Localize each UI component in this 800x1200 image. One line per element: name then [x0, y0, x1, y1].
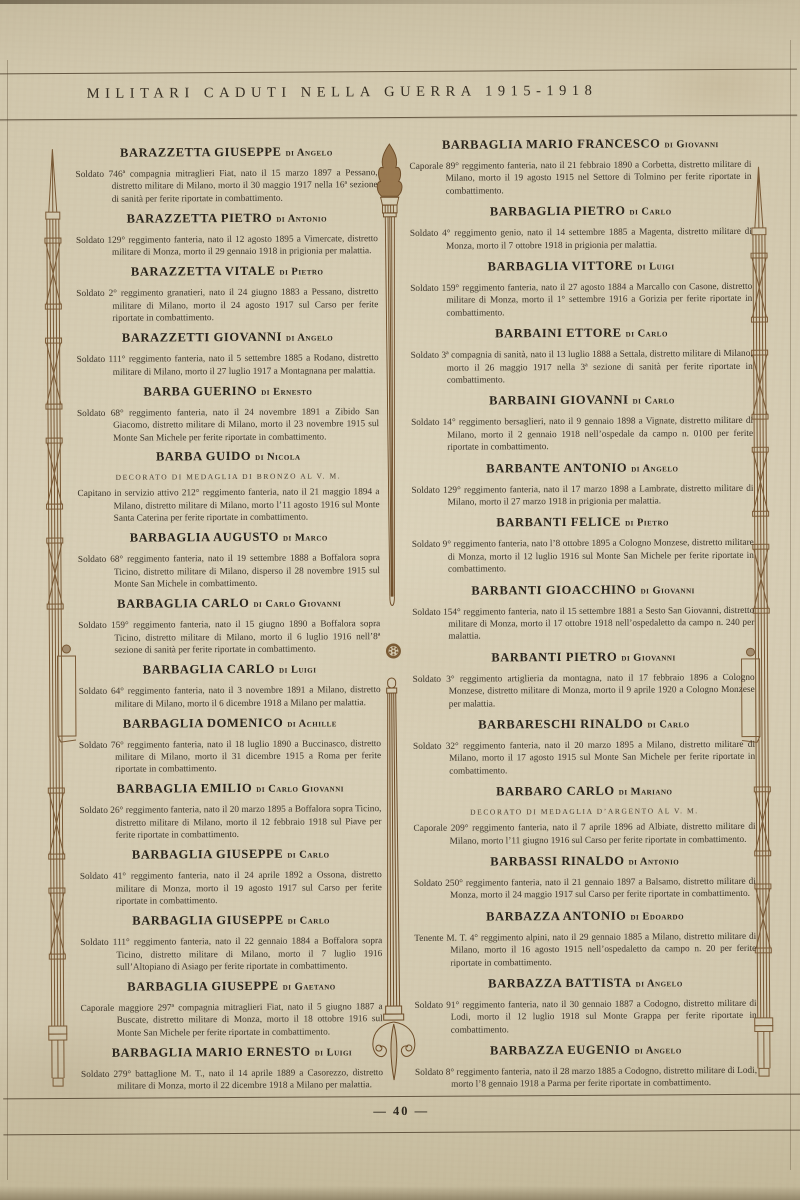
soldier-name: BARBAINI ETTORE: [495, 326, 622, 341]
memorial-entry: BARBAGLIA DOMENICO di Achille Soldato 76…: [79, 713, 381, 777]
soldier-heading: BARBANTI PIETRO di Giovanni: [412, 647, 754, 667]
soldier-name: BARBAGLIA MARIO ERNESTO: [112, 1044, 311, 1059]
memorial-entry: BARBASSI RINALDO di Antonio Soldato 250°…: [414, 851, 756, 903]
entry-text: Soldato 279° battaglione M. T., nato il …: [81, 1067, 383, 1094]
soldier-heading: BARAZZETTA VITALE di Pietro: [76, 261, 378, 281]
memorial-entry: BARBAGLIA EMILIO di Carlo Giovanni Solda…: [79, 779, 381, 843]
entry-text: Soldato 91° reggimento fanteria, nato il…: [415, 998, 757, 1037]
soldier-heading: BARBAINI GIOVANNI di Carlo: [411, 390, 753, 410]
memorial-entry: BARBAINI ETTORE di Carlo Soldato 3ª comp…: [410, 323, 752, 387]
header-rule-top: [0, 69, 797, 75]
entry-text: Soldato 250° reggimento fanteria, nato i…: [414, 876, 756, 903]
memorial-entry: BARBANTI FELICE di Pietro Soldato 9° reg…: [412, 512, 754, 576]
soldier-name: BARBAGLIA GIUSEPPE: [132, 847, 284, 862]
soldier-name: BARBAGLIA DOMENICO: [123, 715, 284, 730]
soldier-name: BARBAGLIA GIUSEPPE: [132, 913, 284, 928]
soldier-patronymic: di Giovanni: [621, 652, 675, 663]
entry-text: Soldato 111° reggimento fanteria, nato i…: [80, 935, 382, 974]
soldier-heading: BARBAGLIA MARIO ERNESTO di Luigi: [81, 1042, 383, 1062]
soldier-patronymic: di Carlo: [626, 329, 668, 340]
soldier-name: BARBANTI GIOACCHINO: [471, 582, 636, 597]
soldier-name: BARBANTI FELICE: [496, 515, 621, 530]
soldier-heading: BARBASSI RINALDO di Antonio: [414, 851, 756, 871]
entry-text: Soldato 746ª compagnia mitraglieri Fiat,…: [76, 167, 378, 206]
soldier-patronymic: di Angelo: [631, 463, 678, 474]
soldier-patronymic: di Carlo: [647, 719, 689, 730]
left-column: BARAZZETTA GIUSEPPE di Angelo Soldato 74…: [75, 142, 383, 1094]
soldier-name: BARAZZETTI GIOVANNI: [122, 330, 282, 345]
soldier-name: BARBAZZA ANTONIO: [486, 908, 626, 923]
soldier-patronymic: di Carlo: [287, 850, 329, 861]
soldier-name: BARBAZZA EUGENIO: [490, 1043, 631, 1058]
soldier-patronymic: di Pietro: [279, 267, 323, 278]
entry-text: Soldato 26° reggimento fanteria, nato il…: [79, 804, 381, 843]
soldier-name: BARBANTI PIETRO: [491, 649, 617, 664]
entry-text: Soldato 4° reggimento genio, nato il 14 …: [410, 226, 752, 253]
entry-text: Soldato 8° reggimento fanteria, nato il …: [415, 1065, 757, 1092]
soldier-patronymic: di Achille: [287, 718, 337, 729]
entry-text: Caporale 89° reggimento fanteria, nato i…: [409, 159, 751, 198]
soldier-name: BARBAGLIA PIETRO: [490, 204, 626, 219]
memorial-entry: BARBAZZA EUGENIO di Angelo Soldato 8° re…: [415, 1040, 757, 1092]
soldier-heading: BARBANTI FELICE di Pietro: [412, 512, 754, 532]
memorial-entry: BARBAZZA ANTONIO di Edoardo Tenente M. T…: [414, 905, 756, 969]
soldier-name: BARBAZZA BATTISTA: [488, 975, 632, 990]
soldier-heading: BARAZZETTA PIETRO di Antonio: [76, 208, 378, 228]
decoration-citation: DECORATO DI MEDAGLIA D’ARGENTO AL V. M.: [413, 806, 755, 817]
soldier-patronymic: di Antonio: [276, 213, 327, 224]
memorial-entry: BARBANTI GIOACCHINO di Giovanni Soldato …: [412, 579, 754, 643]
memorial-entry: BARBANTE ANTONIO di Angelo Soldato 129° …: [411, 457, 753, 509]
memorial-entry: BARBAZZA BATTISTA di Angelo Soldato 91° …: [414, 973, 756, 1037]
soldier-patronymic: di Carlo: [288, 916, 330, 927]
footer-rule-top: [3, 1094, 800, 1100]
soldier-name: BARBAGLIA MARIO FRANCESCO: [442, 136, 661, 151]
soldier-name: BARBARESCHI RINALDO: [478, 716, 643, 731]
soldier-patronymic: di Nicola: [255, 452, 301, 463]
memorial-entry: BARBARESCHI RINALDO di Carlo Soldato 32°…: [413, 714, 755, 778]
memorial-entry: BARBAGLIA GIUSEPPE di Carlo Soldato 111°…: [80, 910, 382, 974]
memorial-entry: BARBAGLIA GIUSEPPE di Gaetano Caporale m…: [80, 976, 382, 1040]
soldier-name: BARBARO CARLO: [496, 784, 615, 799]
entry-text: Soldato 14° reggimento bersaglieri, nato…: [411, 415, 753, 454]
soldier-patronymic: di Angelo: [286, 333, 333, 344]
soldier-patronymic: di Luigi: [315, 1047, 352, 1058]
soldier-heading: BARBAZZA ANTONIO di Edoardo: [414, 905, 756, 925]
entry-text: Tenente M. T. 4° reggimento alpini, nato…: [414, 930, 756, 969]
rosette-icon: [384, 642, 402, 660]
soldier-patronymic: di Edoardo: [630, 911, 684, 922]
soldier-name: BARBASSI RINALDO: [490, 854, 624, 869]
soldier-heading: BARBAGLIA GIUSEPPE di Carlo: [80, 844, 382, 864]
memorial-entry: BARBAGLIA MARIO FRANCESCO di Giovanni Ca…: [409, 134, 751, 198]
soldier-heading: BARBAGLIA CARLO di Carlo Giovanni: [78, 593, 380, 613]
soldier-patronymic: di Carlo Giovanni: [253, 599, 341, 611]
soldier-patronymic: di Antonio: [629, 856, 680, 867]
soldier-name: BARBAGLIA VITTORE: [488, 259, 634, 274]
soldier-patronymic: di Angelo: [636, 978, 683, 989]
soldier-patronymic: di Carlo: [629, 207, 671, 218]
memorial-entry: BARAZZETTI GIOVANNI di Angelo Soldato 11…: [76, 327, 378, 379]
soldier-name: BARBA GUERINO: [143, 383, 257, 398]
soldier-name: BARAZZETTA VITALE: [131, 264, 276, 279]
header-rule-bottom: [0, 115, 797, 121]
memorial-entry: BARBAGLIA AUGUSTO di Marco Soldato 68° r…: [78, 527, 380, 591]
soldier-heading: BARBAGLIA GIUSEPPE di Gaetano: [80, 976, 382, 996]
entry-text: Soldato 129° reggimento fanteria, nato i…: [411, 482, 753, 509]
soldier-heading: BARBAZZA BATTISTA di Angelo: [414, 973, 756, 993]
soldier-patronymic: di Carlo Giovanni: [256, 784, 344, 796]
entry-text: Soldato 129° reggimento fanteria, nato i…: [76, 233, 378, 260]
soldier-patronymic: di Luigi: [279, 665, 316, 676]
entry-text: Soldato 9° reggimento fanteria, nato l’8…: [412, 537, 754, 576]
memorial-entry: BARBANTI PIETRO di Giovanni Soldato 3° r…: [412, 647, 754, 711]
memorial-entry: BARBAGLIA GIUSEPPE di Carlo Soldato 41° …: [80, 844, 382, 908]
soldier-heading: BARBA GUIDO di Nicola: [77, 447, 379, 467]
entry-text: Soldato 3° reggimento artiglieria da mon…: [413, 672, 755, 711]
memorial-entry: BARBAGLIA CARLO di Luigi Soldato 64° reg…: [79, 659, 381, 711]
soldier-heading: BARBAGLIA PIETRO di Carlo: [410, 201, 752, 221]
soldier-name: BARBAGLIA AUGUSTO: [130, 530, 279, 545]
soldier-heading: BARAZZETTI GIOVANNI di Angelo: [76, 327, 378, 347]
soldier-patronymic: di Pietro: [625, 518, 669, 529]
soldier-heading: BARBAGLIA GIUSEPPE di Carlo: [80, 910, 382, 930]
entry-text: Soldato 159° reggimento fanteria, nato i…: [410, 281, 752, 320]
soldier-patronymic: di Angelo: [635, 1045, 682, 1056]
soldier-name: BARBAGLIA GIUSEPPE: [127, 979, 279, 994]
memorial-entry: BARBAGLIA VITTORE di Luigi Soldato 159° …: [410, 256, 752, 320]
soldier-name: BARBA GUIDO: [156, 449, 251, 464]
soldier-heading: BARBANTE ANTONIO di Angelo: [411, 457, 753, 477]
entry-text: Soldato 76° reggimento fanteria, nato il…: [79, 738, 381, 777]
memorial-entry: BARAZZETTA PIETRO di Antonio Soldato 129…: [76, 208, 378, 260]
soldier-heading: BARBAGLIA EMILIO di Carlo Giovanni: [79, 779, 381, 799]
footer-rule-bottom: [3, 1130, 800, 1136]
memorial-entry: BARBAGLIA PIETRO di Carlo Soldato 4° reg…: [410, 201, 752, 253]
memorial-entry: BARBAGLIA MARIO ERNESTO di Luigi Soldato…: [81, 1042, 383, 1094]
soldier-heading: BARBAGLIA MARIO FRANCESCO di Giovanni: [409, 134, 751, 154]
entry-text: Soldato 111° reggimento fanteria, nato i…: [77, 352, 379, 379]
soldier-name: BARBAGLIA CARLO: [143, 662, 275, 677]
soldier-name: BARAZZETTA GIUSEPPE: [120, 145, 282, 160]
soldier-heading: BARBAGLIA AUGUSTO di Marco: [78, 527, 380, 547]
soldier-heading: BARBAINI ETTORE di Carlo: [410, 323, 752, 343]
soldier-patronymic: di Gaetano: [283, 981, 336, 992]
entry-text: Soldato 68° reggimento fanteria, nato il…: [77, 406, 379, 445]
scanned-page: MILITARI CADUTI NELLA GUERRA 1915-1918: [0, 0, 800, 1200]
soldier-heading: BARBANTI GIOACCHINO di Giovanni: [412, 579, 754, 599]
soldier-patronymic: di Carlo: [633, 396, 675, 407]
memorial-entry: BARBARO CARLO di Mariano DECORATO DI MED…: [413, 781, 755, 848]
soldier-patronymic: di Ernesto: [261, 386, 312, 397]
memorial-entry: BARBA GUIDO di Nicola DECORATO DI MEDAGL…: [77, 447, 379, 526]
soldier-patronymic: di Luigi: [637, 261, 674, 272]
soldier-heading: BARBARESCHI RINALDO di Carlo: [413, 714, 755, 734]
entry-text: Caporale maggiore 297ª compagnia mitragl…: [81, 1001, 383, 1040]
entry-text: Soldato 68° reggimento fanteria, nato il…: [78, 552, 380, 591]
entry-text: Caporale 209° reggimento fanteria, nato …: [414, 821, 756, 848]
soldier-heading: BARBAZZA EUGENIO di Angelo: [415, 1040, 757, 1060]
entry-text: Soldato 2° reggimento granatieri, nato i…: [76, 286, 378, 325]
soldier-name: BARBANTE ANTONIO: [486, 460, 627, 475]
soldier-patronymic: di Giovanni: [664, 139, 718, 150]
soldier-heading: BARBARO CARLO di Mariano: [413, 781, 755, 801]
decoration-citation: DECORATO DI MEDAGLIA DI BRONZO AL V. M.: [77, 472, 379, 483]
soldier-name: BARBAGLIA EMILIO: [117, 781, 253, 796]
entry-text: Capitano in servizio attivo 212° reggime…: [77, 487, 379, 526]
soldier-name: BARAZZETTA PIETRO: [127, 211, 273, 226]
soldier-heading: BARBA GUERINO di Ernesto: [77, 381, 379, 401]
soldier-heading: BARAZZETTA GIUSEPPE di Angelo: [75, 142, 377, 162]
soldier-patronymic: di Mariano: [619, 786, 673, 797]
entry-text: Soldato 3ª compagnia di sanità, nato il …: [411, 348, 753, 387]
soldier-patronymic: di Marco: [283, 533, 328, 544]
soldier-heading: BARBAGLIA DOMENICO di Achille: [79, 713, 381, 733]
soldier-name: BARBAINI GIOVANNI: [489, 393, 629, 408]
page-number: — 40 —: [3, 1102, 799, 1122]
entry-text: Soldato 32° reggimento fanteria, nato il…: [413, 739, 755, 778]
entry-text: Soldato 159° reggimento fanteria, nato i…: [78, 618, 380, 657]
page-title: MILITARI CADUTI NELLA GUERRA 1915-1918: [0, 82, 687, 103]
memorial-entry: BARBAGLIA CARLO di Carlo Giovanni Soldat…: [78, 593, 380, 657]
soldier-heading: BARBAGLIA CARLO di Luigi: [79, 659, 381, 679]
entry-text: Soldato 41° reggimento fanteria, nato il…: [80, 869, 382, 908]
entry-text: Soldato 64° reggimento fanteria, nato il…: [79, 684, 381, 711]
memorial-entry: BARAZZETTA GIUSEPPE di Angelo Soldato 74…: [75, 142, 377, 206]
memorial-entry: BARAZZETTA VITALE di Pietro Soldato 2° r…: [76, 261, 378, 325]
soldier-patronymic: di Giovanni: [641, 585, 695, 596]
entry-text: Soldato 154° reggimento fanteria, nato i…: [412, 604, 754, 643]
soldier-patronymic: di Angelo: [286, 147, 333, 158]
soldier-heading: BARBAGLIA VITTORE di Luigi: [410, 256, 752, 276]
memorial-entry: BARBA GUERINO di Ernesto Soldato 68° reg…: [77, 381, 379, 445]
fasces-ornament-left: [31, 148, 79, 1098]
soldier-name: BARBAGLIA CARLO: [117, 596, 249, 611]
memorial-entry: BARBAINI GIOVANNI di Carlo Soldato 14° r…: [411, 390, 753, 454]
right-column: BARBAGLIA MARIO FRANCESCO di Giovanni Ca…: [409, 134, 757, 1092]
